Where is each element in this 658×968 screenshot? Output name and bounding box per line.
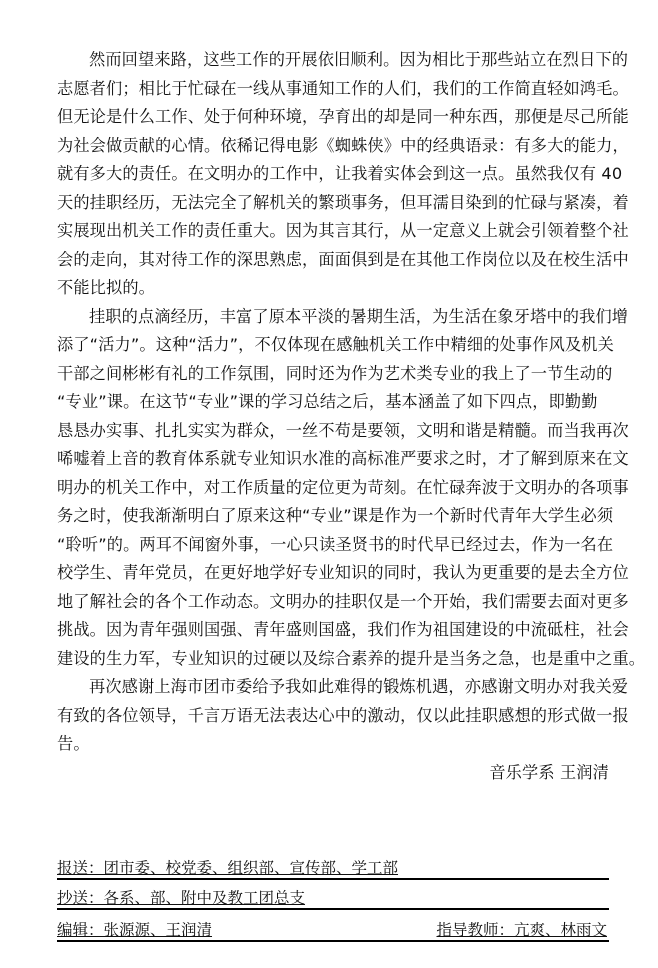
text-line: 有致的各位领导，千言万语无法表达心中的激动，仅以此挂职感想的形式做一报 <box>57 702 609 731</box>
text-line: 会的走向，其对待工作的深思熟虑，面面俱到是在其他工作岗位以及在校生活中 <box>57 246 609 275</box>
text-line: 校学生、青年党员，在更好地学好专业知识的同时，我认为更重要的是去全方位 <box>57 559 609 588</box>
text-line: 务之时，使我渐渐明白了原来这种“专业”课是作为一个新时代青年大学生必须 <box>57 502 609 531</box>
document-body: 然而回望来路，这些工作的开展依旧顺利。因为相比于那些站立在烈日下的 志愿者们；相… <box>57 46 609 787</box>
text-line: 天的挂职经历，无法完全了解机关的繁琐事务，但耳濡目染到的忙碌与紧凑，着 <box>57 189 609 218</box>
text-line: 干部之间彬彬有礼的工作氛围，同时还为作为艺术类专业的我上了一节生动的 <box>57 360 609 389</box>
signature: 音乐学系 王润清 <box>57 759 609 788</box>
text-line: 志愿者们；相比于忙碌在一线从事通知工作的人们，我们的工作简直轻如鸿毛。 <box>57 75 609 104</box>
text-line: 不能比拟的。 <box>57 274 609 303</box>
text-line: 明办的机关工作中，对工作质量的定位更为苛刻。在忙碌奔波于文明办的各项事 <box>57 474 609 503</box>
text-line: “聆听”的。两耳不闻窗外事，一心只读圣贤书的时代早已经过去，作为一名在 <box>57 531 609 560</box>
editors-text: 编辑：张源源、王润清 <box>57 921 212 939</box>
footer-report-to: 报送：团市委、校党委、组织部、宣传部、学工部 <box>57 858 609 880</box>
text-line: 唏嘘着上音的教育体系就专业知识水准的高标准严要求之时，才了解到原来在文 <box>57 445 609 474</box>
text-line: 建设的生力军，专业知识的过硬以及综合素养的提升是当务之急，也是重中之重。 <box>57 645 609 674</box>
text-line: 但无论是什么工作、处于何种环境，孕育出的却是同一种东西，那便是尽己所能 <box>57 103 609 132</box>
text-line: 就有多大的责任。在文明办的工作中，让我着实体会到这一点。虽然我仅有 40 <box>57 160 609 189</box>
text-line: “专业”课。在这节“专业”课的学习总结之后，基本涵盖了如下四点，即勤勤 <box>57 388 609 417</box>
text-line: 为社会做贡献的心情。依稀记得电影《蜘蛛侠》中的经典语录：有多大的能力， <box>57 132 609 161</box>
text-line: 地了解社会的各个工作动态。文明办的挂职仅是一个开始，我们需要去面对更多 <box>57 588 609 617</box>
advisors-text: 指导教师：亢爽、林雨文 <box>436 920 607 940</box>
paragraph-2: 挂职的点滴经历，丰富了原本平淡的暑期生活，为生活在象牙塔中的我们增 添了“活力”… <box>57 303 609 674</box>
text-line: 实展现出机关工作的责任重大。因为其言其行，从一定意义上就会引领着整个社 <box>57 217 609 246</box>
text-line: 添了“活力”。这种“活力”，不仅体现在感触机关工作中精细的处事作风及机关 <box>57 331 609 360</box>
text-line: 告。 <box>57 730 609 759</box>
footer-editors: 编辑：张源源、王润清 指导教师：亢爽、林雨文 <box>57 920 609 942</box>
report-to-text: 报送：团市委、校党委、组织部、宣传部、学工部 <box>57 859 398 877</box>
paragraph-3: 再次感谢上海市团市委给予我如此难得的锻炼机遇，亦感谢文明办对我关爱 有致的各位领… <box>57 673 609 759</box>
footer-copy-to: 抄送：各系、部、附中及教工团总支 <box>57 888 609 910</box>
paragraph-1: 然而回望来路，这些工作的开展依旧顺利。因为相比于那些站立在烈日下的 志愿者们；相… <box>57 46 609 303</box>
text-line: 挑战。因为青年强则国强、青年盛则国盛，我们作为祖国建设的中流砥柱，社会 <box>57 616 609 645</box>
text-line: 再次感谢上海市团市委给予我如此难得的锻炼机遇，亦感谢文明办对我关爱 <box>57 673 609 702</box>
text-line: 挂职的点滴经历，丰富了原本平淡的暑期生活，为生活在象牙塔中的我们增 <box>57 303 609 332</box>
text-line: 恳恳办实事、扎扎实实为群众，一丝不苟是要领，文明和谐是精髓。而当我再次 <box>57 417 609 446</box>
copy-to-text: 抄送：各系、部、附中及教工团总支 <box>57 889 305 907</box>
text-line: 然而回望来路，这些工作的开展依旧顺利。因为相比于那些站立在烈日下的 <box>57 46 609 75</box>
